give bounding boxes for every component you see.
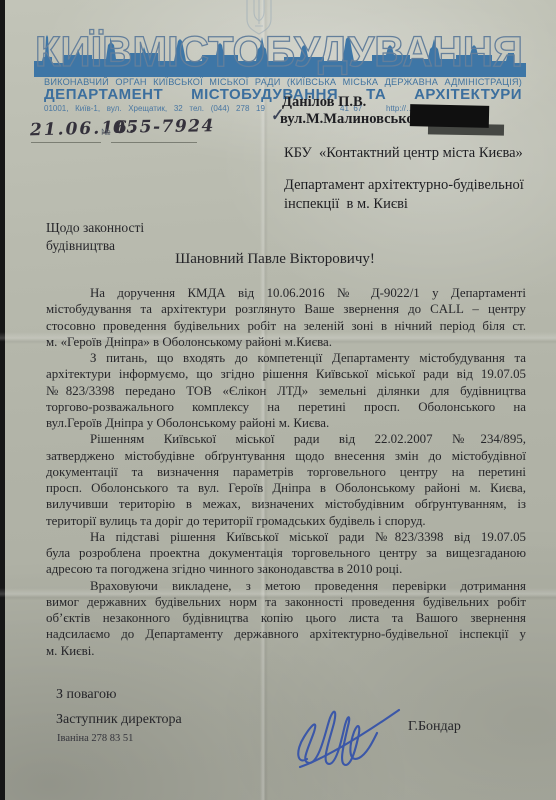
salutation: Шановний Павле Вікторовичу! xyxy=(130,251,420,268)
body-line: архітектури інформуємо, що згідно рішенн… xyxy=(46,366,526,382)
signer-title: Заступник директора xyxy=(56,712,182,728)
scanned-letter-photo: КИЇВМІСТОБУДУВАННЯ ВИКОНАВЧИЙ ОРГАН КИЇВ… xyxy=(0,0,556,800)
contact-address: 01001, Київ-1, вул. Хрещатик, 32 тел. (0… xyxy=(44,104,265,113)
body-line: торгово-розважального комплексу на перет… xyxy=(46,399,526,415)
body-line: вимог державних будівельних норм та зако… xyxy=(46,594,526,610)
recipient-street: вул.М.Малиновського xyxy=(280,111,427,128)
executor-phone-line: Іваніна 278 83 51 xyxy=(57,733,133,744)
body-line: №823/3398 передано ТОВ «Єлікон ЛТД» земе… xyxy=(46,383,526,399)
recipient-org-inspection-line2: інспекції в м. Києві xyxy=(284,196,408,213)
subject-line1: Щодо законності xyxy=(46,220,144,236)
closing-regards: З повагою xyxy=(56,687,117,703)
body-line: адресою та погоджена згідно чинного зако… xyxy=(46,561,526,577)
body-line: Враховуючи викладене, з метою проведення… xyxy=(46,578,526,594)
body-line: м. «Героїв Дніпра» в Оболонському районі… xyxy=(46,334,526,350)
recipient-name: Данілов П.В. xyxy=(282,94,366,111)
body-line: об’єктів незаконного будівництва копію ц… xyxy=(46,610,526,626)
body-line: На підставі рішення Київської міської ра… xyxy=(46,529,526,545)
body-line: містобудування та архітектури розглянуто… xyxy=(46,301,526,317)
letter-body: На доручення КМДА від 10.06.2016 № Д-902… xyxy=(46,285,526,659)
ink-signature-icon xyxy=(291,697,407,776)
number-underline xyxy=(111,142,197,143)
recipient-org-inspection-line1: Департамент архітектурно-будівельної xyxy=(284,177,524,194)
date-underline xyxy=(31,142,101,143)
body-line: просп. Оболонського та вул. Героїв Дніпр… xyxy=(46,480,526,496)
body-line: м. Києві. xyxy=(46,643,526,659)
body-line: На доручення КМДА від 10.06.2016 № Д-902… xyxy=(46,285,526,301)
body-line: стосовно проведення будівельних робіт на… xyxy=(46,318,526,334)
body-line: вилучивши територію в межах, визначених … xyxy=(46,496,526,512)
body-line: була розроблена проектна документація то… xyxy=(46,545,526,561)
kyivmistobuduvannia-logo: КИЇВМІСТОБУДУВАННЯ xyxy=(34,26,526,78)
body-line: затверджено містобудівне обґрунтування щ… xyxy=(46,448,526,464)
redaction-box xyxy=(410,104,489,128)
body-line: вул.Героїв Дніпра у Оболонському районі … xyxy=(46,415,526,431)
subject-line2: будівництва xyxy=(46,238,115,254)
body-line: території вулиць та доріг до території г… xyxy=(46,513,526,529)
number-sign-label: № xyxy=(101,127,111,137)
body-line: Рішенням Київської міської ради від 22.0… xyxy=(46,431,526,447)
signer-name: Г.Бондар xyxy=(408,719,461,735)
body-line: З питань, що входять до компетенції Депа… xyxy=(46,350,526,366)
handwritten-number: 055-7924 xyxy=(113,116,215,138)
logo-text: КИЇВМІСТОБУДУВАННЯ xyxy=(35,28,523,76)
body-line: документації та визначення параметрів то… xyxy=(46,464,526,480)
recipient-org-contact-center: КБУ «Контактний центр міста Києва» xyxy=(284,145,523,162)
body-line: надсилаємо до Департаменту державного ар… xyxy=(46,626,526,642)
photo-edge xyxy=(0,0,5,800)
